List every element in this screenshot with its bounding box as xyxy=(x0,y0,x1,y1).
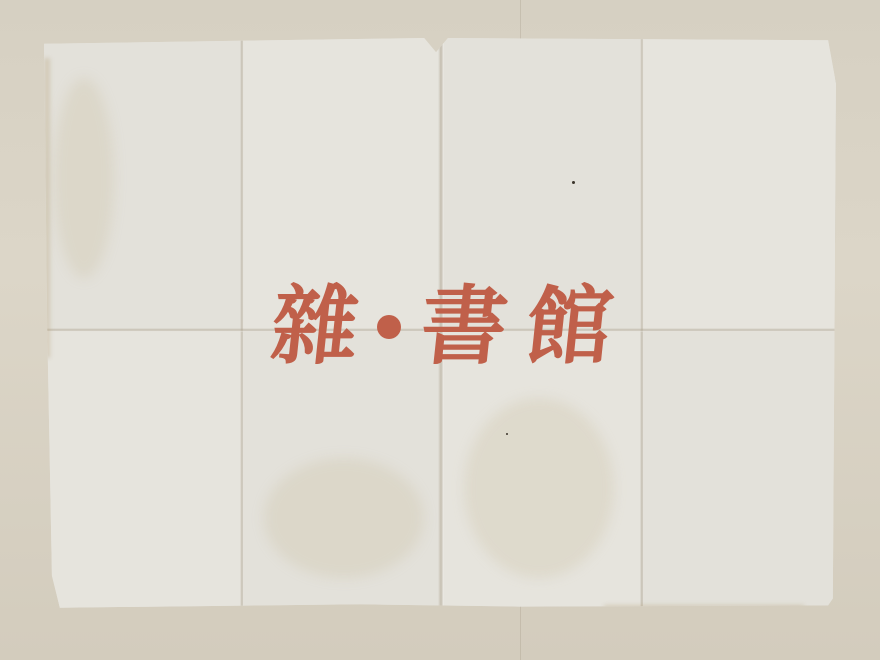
vertical-fold xyxy=(640,38,644,610)
watermark-char: 雜 xyxy=(267,284,362,370)
age-stain xyxy=(54,78,114,278)
vertical-fold xyxy=(240,38,244,610)
speck xyxy=(506,433,508,435)
paper-panel xyxy=(640,330,836,610)
watermark-char: 書 xyxy=(416,284,511,370)
watermark: 雜 書 館 xyxy=(272,272,612,382)
watermark-char: 館 xyxy=(521,284,616,370)
paper-panel xyxy=(640,38,836,330)
age-stain xyxy=(264,458,424,578)
watermark-separator-dot xyxy=(377,315,401,339)
speck xyxy=(572,181,575,184)
paper-panel xyxy=(44,330,242,610)
age-stain xyxy=(464,398,614,578)
